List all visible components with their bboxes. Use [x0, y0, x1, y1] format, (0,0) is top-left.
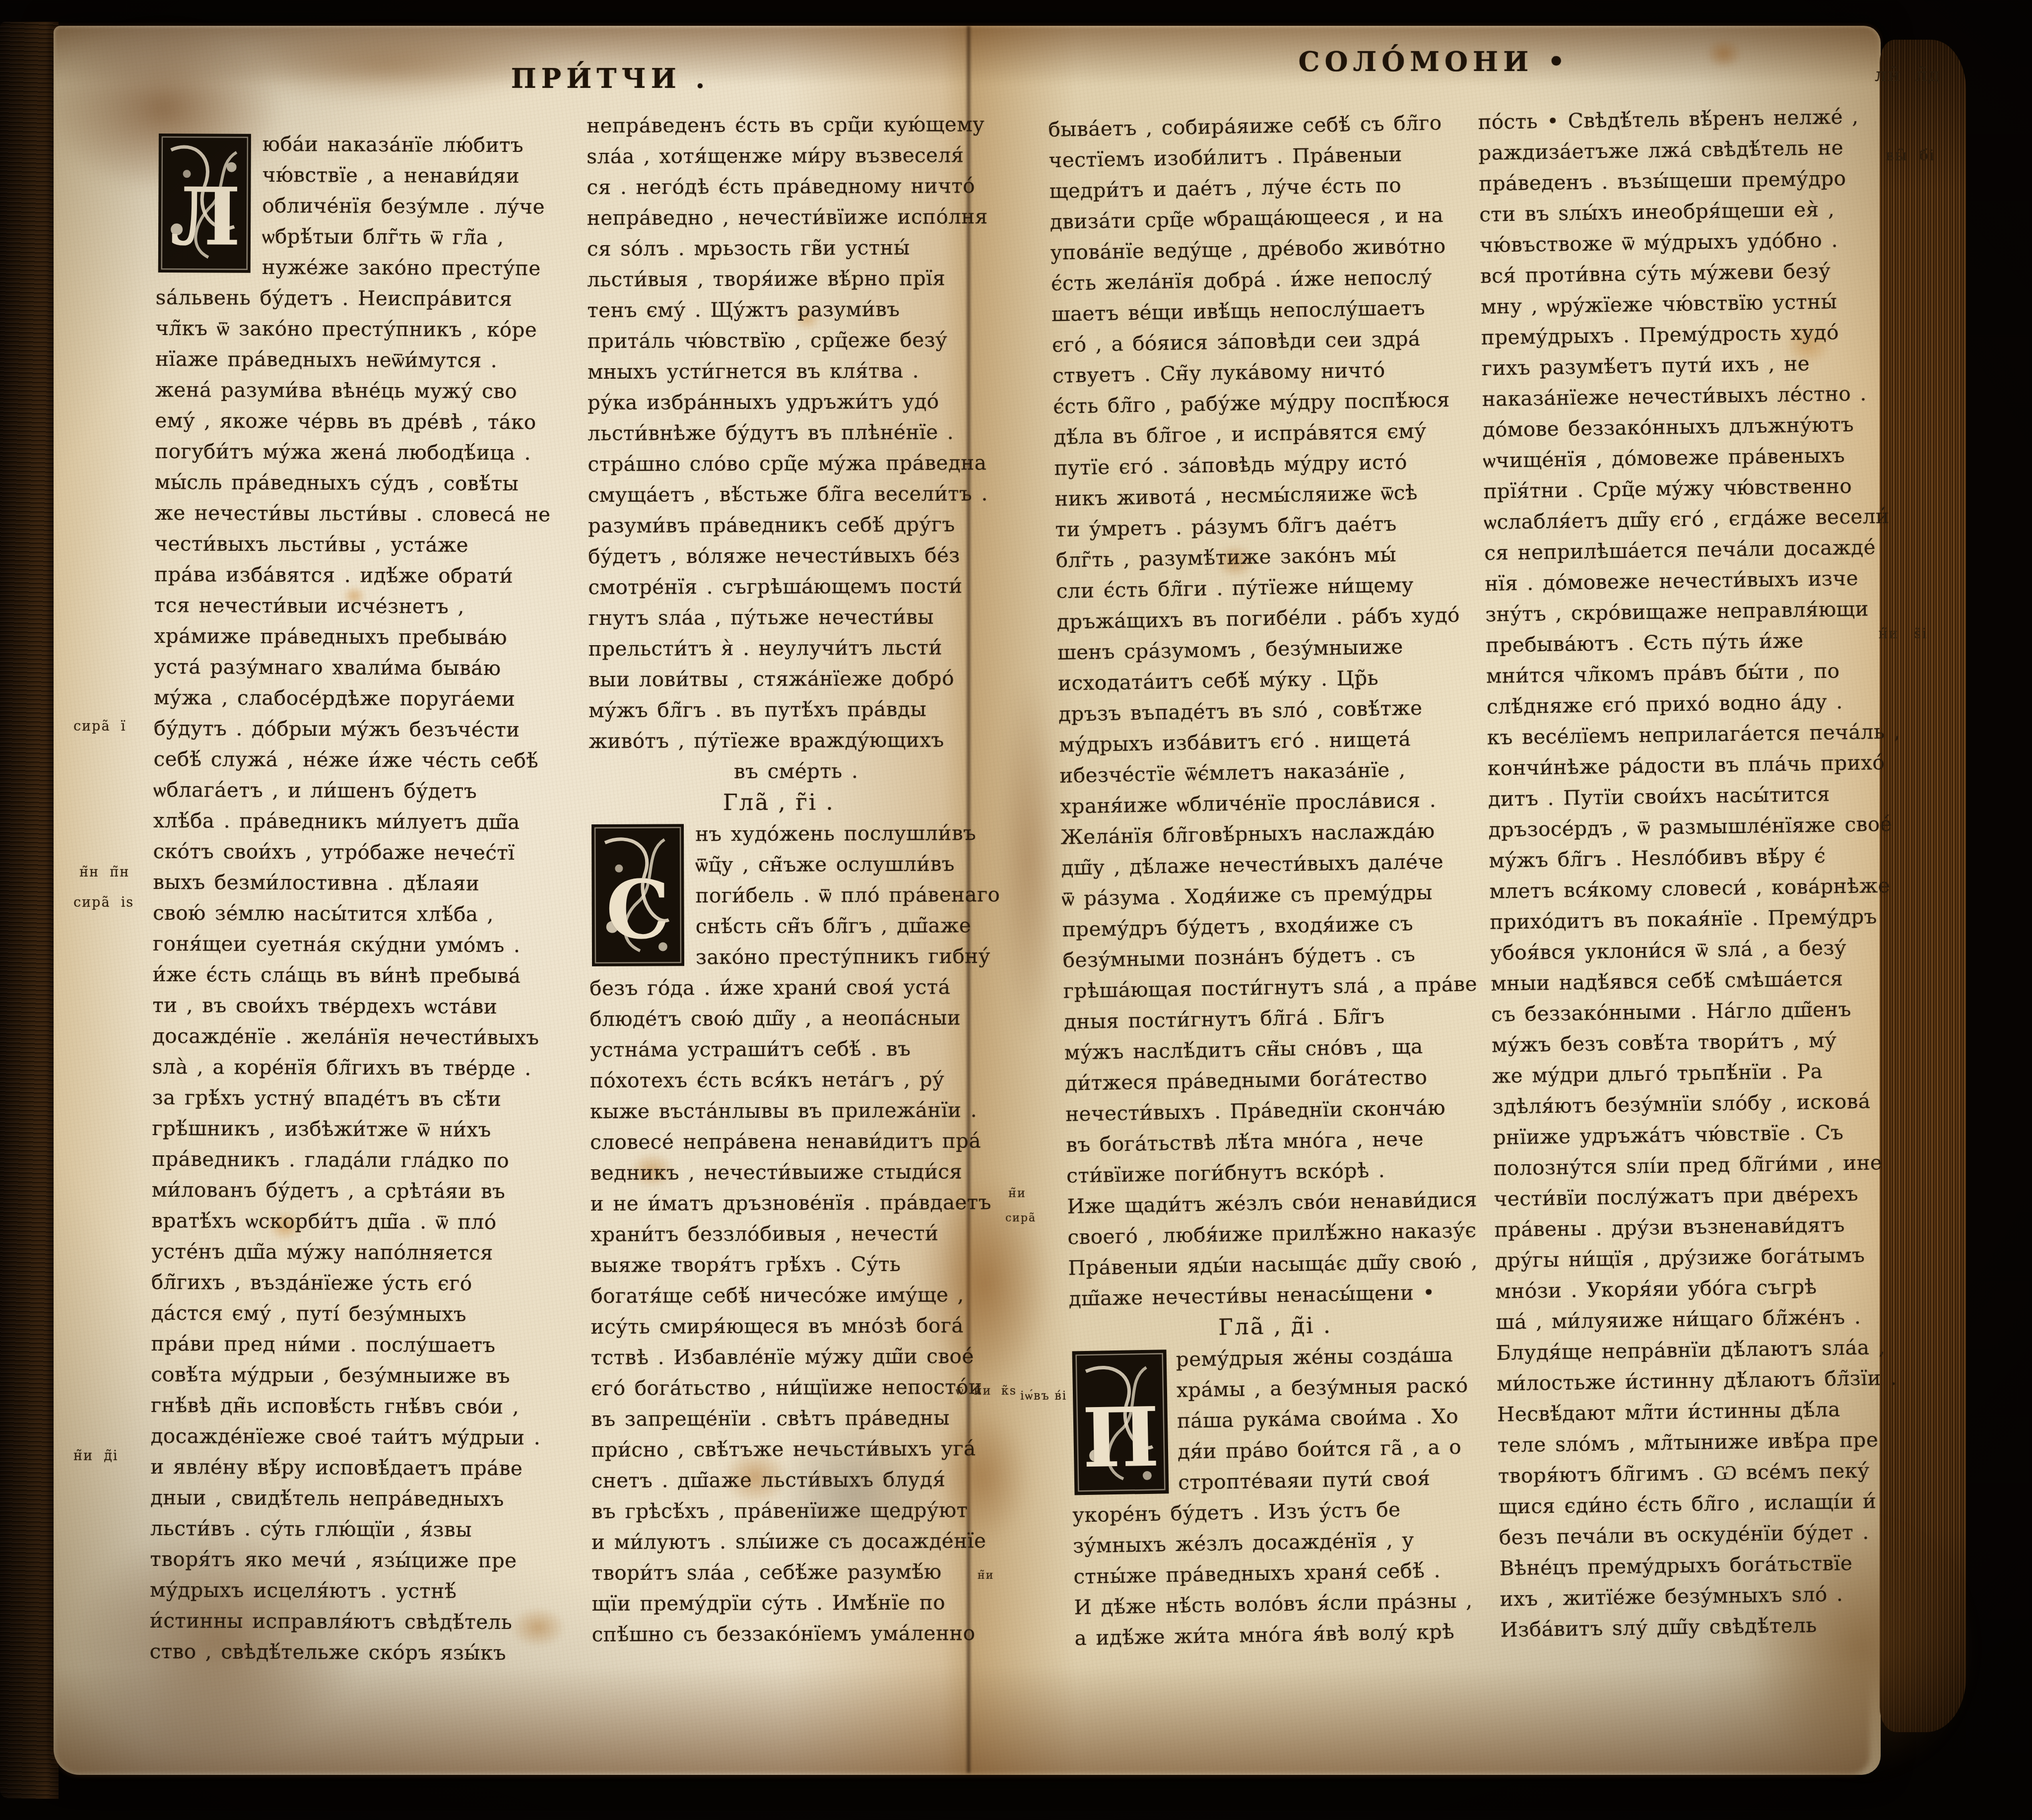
text-line: дру́гы ни́щїя , дру́зиже бога́тымъ: [1495, 1239, 1897, 1276]
margin-note: н̃и: [978, 1569, 994, 1582]
text-block: по́сть • Свѣдѣ́тель вѣ́ренъ нелже́ ,ражд…: [1478, 101, 1902, 1645]
margin-note: ѿ н̃и к̃ѕ: [956, 1384, 1017, 1398]
text-line: чю́вствїе , а ненави́дяи: [262, 159, 577, 192]
text-line: выи лови́твы , стяжа́нїеже добро́: [589, 663, 968, 695]
text-line: ихъ , житїе́же безу́мныхъ ѕло́ .: [1500, 1578, 1902, 1615]
text-line: му́жъ бл̃гъ . въ путѣ́хъ пра́вды: [589, 693, 968, 726]
text-line: досажде́нїеже свое́ таи́тъ му́дрыи .: [150, 1420, 571, 1453]
margin-note: ли̑ л̃д: [1875, 64, 1941, 85]
text-line: стропте́ваяи пути́ своя́: [1178, 1462, 1484, 1498]
text-line: за грѣ́хъ устну́ впаде́тъ въ сѣ́ти: [152, 1082, 573, 1115]
text-line: въ сме́рть .: [589, 755, 969, 787]
text-line: прельсти́тъ я̀ . неулучи́тъ льсти́: [589, 632, 968, 664]
text-line: тенъ єму́ . Щу́жтъ разуми́въ: [587, 293, 967, 326]
text-line: ство , свѣдѣ́тельже ско́ръ язы́къ: [149, 1636, 570, 1669]
text-line: тствѣ . Избавле́нїе му́жу дш̃и свое́: [591, 1341, 971, 1373]
text-line: снетъ . дш̃аже льсти́выхъ блудя́: [591, 1464, 971, 1496]
text-line: па́ша рука́ма свои́ма . Хо: [1177, 1400, 1483, 1436]
text-line: въ грѣсѣ́хъ , пра́венїиже щедру́ют: [591, 1494, 971, 1527]
text-line: чести́выхъ льсти́вы , уста́же: [154, 528, 575, 561]
text-line: твори́тъ ѕла́а , себѣ́же разумѣ́ю: [591, 1556, 971, 1588]
text-line: прему́дрыхъ . Прему́дрость худо́: [1481, 316, 1883, 353]
text-line: бл̃гихъ , възда́нїеже у́сть єго́: [151, 1267, 572, 1299]
text-block: быва́етъ , собира́яиже себѣ́ съ бл̃гочес…: [1048, 107, 1481, 1314]
text-line: ѕла́а , хотя́щенже ми́ру възвеселя́: [587, 139, 966, 172]
text-block: П рему́дрыя же́ны созда́шахра́мы , а без…: [1069, 1339, 1487, 1653]
text-line: ти , въ свои́хъ тве́рдехъ ѡста́ви: [152, 990, 573, 1022]
text-line: юба́и наказа́нїе лю́битъ: [262, 129, 577, 161]
text-line: ся ѕо́лъ . мрьзость гв̃и устны́: [587, 232, 967, 264]
text-line: безъ го́да . и́же храни́ своя́ уста́: [590, 971, 969, 1004]
text-line: нїаже пра́ведныхъ неѿи́мутся .: [155, 343, 576, 376]
text-line: и не и́матъ дръзнове́нїя . пра́вдаетъ: [590, 1187, 970, 1219]
text-line: му́жа , слабосе́рдѣже поруга́еми: [154, 682, 575, 715]
text-line: хлѣ́ба . пра́ведникъ ми́луетъ дш̃а: [153, 805, 574, 838]
text-line: ско́тъ свои́хъ , утро́баже нечес́тї: [153, 836, 574, 869]
margin-note: сира̃ ї: [73, 719, 126, 734]
text-line: щїи прему́дрїи су́ть . Имѣ́нїе по: [591, 1587, 971, 1619]
right-page-column-1: быва́етъ , собира́яиже себѣ́ съ бл̃гочес…: [1048, 107, 1487, 1654]
text-line: бу́детъ , во́ляже нечести́выхъ бе́з: [588, 539, 968, 572]
text-line: уста́ разу́мнаго хвали́ма быва́ю: [154, 651, 575, 684]
stain: [997, 675, 1062, 1042]
text-line: пра́ведникъ . глада́ли гла́дко по: [152, 1144, 573, 1176]
drop-cap-initial-S: С: [590, 822, 686, 968]
text-line: прита́ль чю́вствїю , срц̃еже безу́: [588, 324, 967, 356]
text-line: устна́ма устраши́тъ себѣ́ . въ: [590, 1033, 969, 1065]
svg-text:Л: Л: [170, 170, 241, 264]
text-line: жена́ разуми́ва вѣне́ць мужу́ сво: [155, 374, 576, 407]
text-line: смотре́нїя . съгрѣша́ющемъ пости́: [588, 570, 968, 603]
text-line: нуже́же зако́но престу́пе: [262, 252, 577, 284]
text-line: хра́миже пра́ведныхъ пребыва́ю: [154, 620, 575, 653]
text-line: свою́ зе́млю насы́тится хлѣ́ба ,: [153, 897, 574, 930]
chapter-heading-13: Гла̃ , г̃і .: [589, 786, 969, 819]
text-line: спѣ́шно съ беззако́нїемъ ума́ленно: [592, 1618, 972, 1650]
left-page-column-1: Л юба́и наказа́нїе лю́битъчю́вствїе , а …: [149, 128, 577, 1669]
margin-note: н̃и ѕ̃і: [1879, 626, 1927, 642]
text-line: поги́бель . ѿ пло́ пра́венаго: [695, 879, 969, 911]
text-line: ѕла̀ , а коре́нїя бл̃гихъ въ тве́рде .: [152, 1051, 573, 1084]
text-line: словесе́ непра́вена ненави́дитъ пра́: [590, 1125, 970, 1157]
text-line: льсти́выя , творя́иже вѣ́рно прїя: [587, 263, 967, 295]
text-line: стра́шно сло́во срц̃е му́жа пра́ведна: [588, 447, 967, 479]
text-line: хра́мы , а безу́мныя раско́: [1176, 1369, 1482, 1406]
text-line: зну́тъ , скро́вищаже неправля́ющи: [1485, 593, 1888, 630]
text-line: выяже творя́тъ грѣ́хъ . Су́ть: [590, 1248, 970, 1281]
text-line: ѕа́львень бу́детъ . Неиспра́вится: [155, 282, 576, 315]
text-line: при́сно , свѣ́тъже нечьсти́выхъ уга́: [591, 1433, 971, 1465]
text-line: пра́ва изба́вятся . идѣ́же обрати́: [154, 559, 575, 592]
svg-text:П: П: [1081, 1389, 1160, 1486]
text-line: ми́лованъ бу́детъ , а срѣта́яи въ: [152, 1174, 573, 1207]
text-line: снѣ́сть сн̃ъ бл̃гъ , дш̃аже: [696, 910, 969, 942]
text-line: ру́ка избра́нныхъ удръжи́тъ удо́: [588, 386, 967, 418]
text-line: льсти́въ . су́ть глю́щїи , я́звы: [150, 1513, 571, 1546]
margin-note: вы̑ б́і: [1886, 147, 1935, 164]
running-title-right: СОЛО́МОНИ •: [1255, 46, 1613, 77]
text-line: досажде́нїе . жела́нїя нечести́выхъ: [152, 1020, 573, 1053]
text-line: рему́дрыя же́ны созда́ша: [1176, 1339, 1482, 1375]
text-line: гнѣ́вѣ дн̃ь исповѣ́сть гнѣ́въ сво́и ,: [151, 1390, 572, 1422]
text-line: ведникъ , нечести́выиже стыди́ся: [590, 1156, 970, 1188]
text-line: себѣ́ служа́ , не́же и́же че́сть себѣ́: [153, 743, 574, 776]
text-line: єго́ бога́тьство , ни́щїиже непосто́и: [591, 1371, 971, 1404]
text-block: С нъ худо́жень послушли́въѿц̃у , сн̃ъже …: [589, 817, 972, 1650]
text-line: да́стся єму́ , путі́ безу́мныхъ: [151, 1297, 572, 1330]
text-line: ся . него́дѣ є́сть пра́ведному ничто́: [587, 170, 966, 202]
text-line: же нечести́вы льсти́вы . словеса́ не: [154, 497, 575, 530]
text-line: богатя́ще себѣ́ ничесо́же иму́ще ,: [590, 1279, 970, 1311]
text-line: живо́тъ , пу́тїеже вражду́ющихъ: [589, 724, 968, 756]
text-line: вратѣ́хъ ѡскорби́тъ дш̃а . ѿ пло́: [151, 1205, 572, 1238]
text-line: тся нечести́выи исче́знетъ ,: [154, 590, 575, 622]
running-title-left: ПРИ́ТЧИ .: [437, 63, 784, 94]
text-block: Л юба́и наказа́нїе лю́битъчю́вствїе , а …: [149, 128, 577, 1669]
text-line: гоня́щеи суетна́я ску́дни умо́мъ .: [153, 928, 574, 961]
text-line: храни́тъ беззло́бивыя , нечести́: [590, 1217, 970, 1250]
text-line: ису́ть смиря́ющеся въ мно́зѣ бога́: [590, 1310, 970, 1342]
text-line: бу́дутъ . до́брыи му́жъ безъче́сти: [154, 713, 575, 745]
text-line: дя́и пра́во бои́тся га̃ , а о: [1178, 1431, 1484, 1467]
text-line: творя́тъ яко мечи́ , язы́циже пре: [150, 1544, 571, 1576]
margin-note: н̃и д̃і: [73, 1448, 118, 1464]
text-line: кыже въста́нлывы въ прилежа́нїи .: [590, 1094, 970, 1127]
text-line: и́же є́сть сла́щь въ ви́нѣ пребыва́: [152, 959, 573, 992]
text-line: погуби́тъ му́жа жена́ любодѣ́ица .: [155, 436, 576, 469]
text-line: и ми́луютъ . ѕлы́иже съ досажде́нїе: [591, 1525, 971, 1557]
margin-note: іѡ́въ в́і: [1020, 1389, 1067, 1403]
text-line: обличе́нїя безу́мле . лу́че: [262, 190, 577, 222]
text-line: ѡблага́етъ , и ли́шенъ бу́детъ: [153, 774, 574, 807]
right-page-column-2: по́сть • Свѣдѣ́тель вѣ́ренъ нелже́ ,ражд…: [1478, 101, 1902, 1645]
svg-text:С: С: [606, 863, 670, 957]
text-line: смуща́етъ , вѣ́стьже бл̃га весели́тъ .: [588, 478, 968, 510]
foxing-spot: [1706, 39, 1742, 68]
text-line: усте́нъ дш̃а му́жу напо́лняется: [151, 1236, 572, 1269]
text-line: выхъ безми́лостивна . дѣ́лаяи: [153, 867, 574, 899]
text-line: совѣ́та му́дрыи , безу́мныиже въ: [151, 1359, 572, 1392]
text-line: Изба́витъ ѕлу́ дш̃у свѣдѣ́тель: [1500, 1609, 1902, 1645]
book-photograph: ПРИ́ТЧИ . СОЛО́МОНИ • Л юба́и наказа́нїе…: [0, 0, 2032, 1820]
text-line: му́жъ безъ совѣ́та твори́тъ , му́: [1492, 1024, 1894, 1061]
text-line: гнутъ ѕла́а , пу́тьже нечести́вы: [588, 601, 968, 633]
text-line: непра́ведно , нечести́вїиже испо́лня: [587, 201, 967, 233]
text-line: непра́веденъ є́сть въ срц̃и кую́щему: [587, 109, 966, 141]
text-line: по́хотехъ є́сть вся́къ нета́гъ , ру́: [590, 1064, 970, 1096]
leather-spine-edge: [0, 22, 59, 1799]
text-line: въ запреще́нїи . свѣтъ пра́ведны: [591, 1402, 971, 1434]
text-line: и́стинны исправля́ютъ свѣдѣ́тель: [150, 1605, 571, 1638]
text-line: и явле́ну вѣ́ру исповѣ́даетъ пра́ве: [150, 1451, 571, 1484]
margin-note: сира̃: [1005, 1212, 1036, 1224]
left-page-column-2: непра́веденъ є́сть въ срц̃и кую́щемуѕла́…: [587, 109, 972, 1650]
text-line: ему́ , якоже че́рвь въ дре́вѣ , та́ко: [155, 405, 576, 438]
text-line: зако́но престу́пникъ гибну́: [696, 941, 969, 972]
text-line: грѣ́шникъ , избѣжи́тже ѿ ни́хъ: [152, 1113, 573, 1146]
margin-note: н̃н п̃н: [79, 865, 130, 880]
text-line: ѿц̃у , сн̃ъже ослушли́въ: [695, 848, 969, 880]
text-line: му́дрыхъ исцеля́ютъ . устнѣ́: [150, 1574, 571, 1607]
text-line: льсти́внѣже бу́дутъ въ плѣне́нїе .: [588, 416, 967, 449]
drop-cap-initial-P: П: [1070, 1348, 1170, 1496]
margin-note: н̃и: [1008, 1186, 1026, 1200]
text-block: непра́веденъ є́сть въ срц̃и кую́щемуѕла́…: [587, 109, 969, 787]
margin-note: сира̃ іѕ: [73, 895, 134, 910]
text-line: мныхъ усти́гнется въ кля́тва .: [588, 355, 967, 387]
text-line: дныи , свидѣ́тель непра́ведныхъ: [150, 1482, 571, 1515]
text-line: разуми́въ пра́ведникъ себѣ́ дру́гъ: [588, 509, 968, 541]
text-line: мы́сль пра́ведныхъ су́дъ , совѣ́ты: [155, 467, 576, 499]
text-line: дръзосе́рдъ , ѿ размышле́нїяже свое́: [1488, 809, 1891, 845]
text-line: чл̃къ ѿ зако́но престу́пникъ , ко́ре: [155, 313, 576, 345]
text-line: ѡбрѣ́тыи блг̃ть ѿ гл̃а ,: [262, 221, 577, 253]
text-line: пра́ви пред ни́ми . послу́шаетъ: [151, 1328, 572, 1361]
drop-cap-initial-L: Л: [157, 132, 253, 274]
text-line: блюде́тъ свою́ дш̃у , а неопа́сныи: [590, 1002, 969, 1034]
text-line: нъ худо́жень послушли́въ: [695, 817, 969, 849]
